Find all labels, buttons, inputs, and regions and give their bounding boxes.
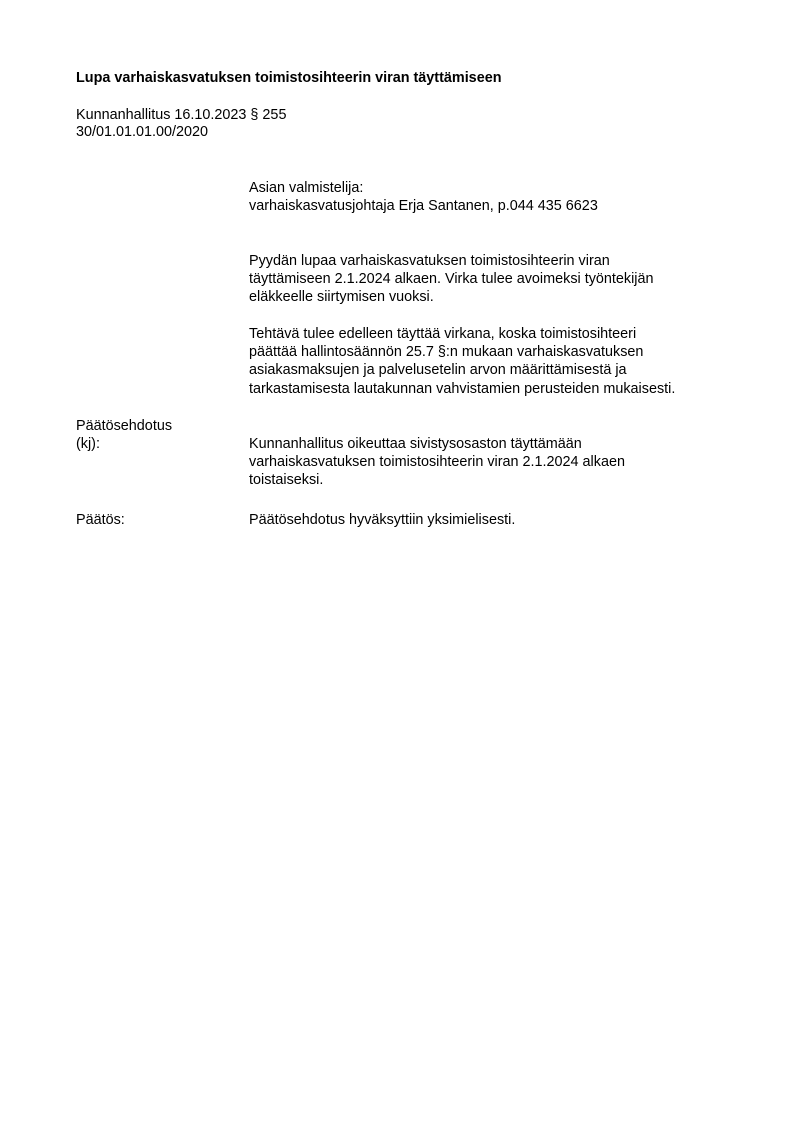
paragraph-line: eläkkeelle siirtymisen vuoksi. bbox=[249, 288, 654, 306]
decision-text: Päätösehdotus hyväksyttiin yksimielisest… bbox=[249, 511, 515, 529]
paragraph-request: Pyydän lupaa varhaiskasvatuksen toimisto… bbox=[249, 252, 654, 307]
preparer-value: varhaiskasvatusjohtaja Erja Santanen, p.… bbox=[249, 197, 598, 215]
proposal-line: Kunnanhallitus oikeuttaa sivistysosaston… bbox=[249, 435, 625, 453]
proposal-line: toistaiseksi. bbox=[249, 471, 625, 489]
proposal-label-suffix: (kj): bbox=[76, 435, 100, 453]
preparer-label: Asian valmistelija: bbox=[249, 179, 598, 197]
proposal-label: Päätösehdotus bbox=[76, 417, 172, 435]
document-title: Lupa varhaiskasvatuksen toimistosihteeri… bbox=[76, 69, 502, 87]
paragraph-line: täyttämiseen 2.1.2024 alkaen. Virka tule… bbox=[249, 270, 654, 288]
paragraph-line: tarkastamisesta lautakunnan vahvistamien… bbox=[249, 380, 675, 398]
paragraph-justification: Tehtävä tulee edelleen täyttää virkana, … bbox=[249, 325, 675, 398]
decision-label: Päätös: bbox=[76, 511, 125, 529]
meeting-line: Kunnanhallitus 16.10.2023 § 255 bbox=[76, 106, 286, 124]
preparer-block: Asian valmistelija: varhaiskasvatusjohta… bbox=[249, 179, 598, 215]
paragraph-line: päättää hallintosäännön 25.7 §:n mukaan … bbox=[249, 343, 675, 361]
paragraph-line: Pyydän lupaa varhaiskasvatuksen toimisto… bbox=[249, 252, 654, 270]
paragraph-line: asiakasmaksujen ja palvelusetelin arvon … bbox=[249, 361, 675, 379]
paragraph-line: Tehtävä tulee edelleen täyttää virkana, … bbox=[249, 325, 675, 343]
proposal-line: varhaiskasvatuksen toimistosihteerin vir… bbox=[249, 453, 625, 471]
record-number: 30/01.01.01.00/2020 bbox=[76, 123, 208, 141]
proposal-text: Kunnanhallitus oikeuttaa sivistysosaston… bbox=[249, 435, 625, 490]
